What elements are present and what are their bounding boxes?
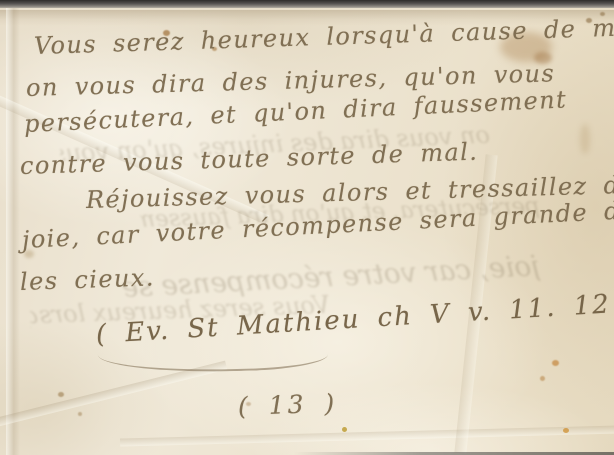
foxing-spot [552, 360, 559, 366]
foxing-spot [58, 392, 64, 397]
paper-sheet: on vous dira des injures, qu'on vous per… [0, 4, 614, 455]
scanned-letter-page: on vous dira des injures, qu'on vous per… [0, 0, 614, 455]
foxing-spot [342, 427, 347, 432]
handwritten-line-1: Vous serez heureux lorsqu'à cause de moi [34, 13, 614, 60]
foxing-spot [540, 376, 545, 381]
foxing-spot [78, 412, 82, 416]
page-number: ( 13 ) [237, 389, 337, 421]
handwritten-line-7: les cieux. [20, 263, 156, 296]
fold-crease-bottom-left [0, 361, 227, 433]
foxing-spot [563, 428, 569, 433]
handwritten-line-4: contre vous toute sorte de mal. [20, 138, 479, 180]
scripture-citation: ( Ev. St Mathieu ch V v. 11. 12 ) [95, 288, 614, 350]
scan-background-edge-top [0, 0, 614, 8]
fold-crease-bottom [120, 425, 614, 446]
pen-flourish [98, 344, 329, 376]
fold-crease-left [6, 4, 20, 455]
ink-bleed-through: joie, car votre récompense sera grande d… [119, 249, 540, 304]
foxing-spot [580, 124, 590, 154]
